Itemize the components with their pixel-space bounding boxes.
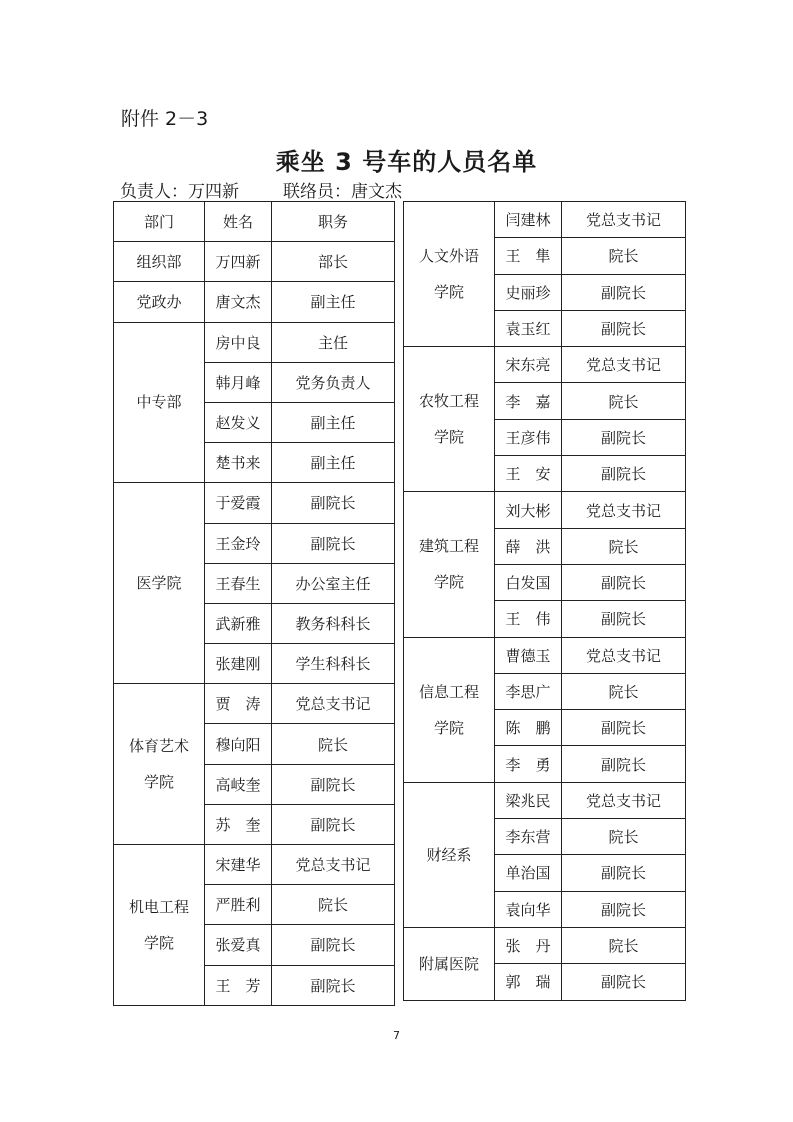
table-row: 医学院于爱霞副院长 bbox=[114, 483, 395, 523]
name-cell: 韩月峰 bbox=[205, 362, 272, 402]
name-cell: 王金玲 bbox=[205, 523, 272, 563]
position-cell: 学生科科长 bbox=[272, 644, 395, 684]
position-cell: 副院长 bbox=[562, 964, 686, 1000]
position-cell: 党总支书记 bbox=[562, 492, 686, 528]
name-cell: 武新雅 bbox=[205, 603, 272, 643]
name-cell: 房中良 bbox=[205, 322, 272, 362]
dept-cell: 组织部 bbox=[114, 242, 205, 282]
name-cell: 史丽珍 bbox=[495, 274, 562, 310]
position-cell: 副院长 bbox=[272, 764, 395, 804]
position-cell: 副院长 bbox=[272, 804, 395, 844]
dept-cell: 人文外语学院 bbox=[404, 202, 495, 347]
name-cell: 袁向华 bbox=[495, 891, 562, 927]
position-cell: 院长 bbox=[562, 927, 686, 963]
name-cell: 李思广 bbox=[495, 673, 562, 709]
name-cell: 陈 鹏 bbox=[495, 710, 562, 746]
dept-line: 信息工程 bbox=[404, 674, 494, 710]
dept-line: 机电工程 bbox=[114, 889, 204, 925]
name-cell: 曹德玉 bbox=[495, 637, 562, 673]
position-cell: 副院长 bbox=[272, 523, 395, 563]
position-cell: 院长 bbox=[562, 238, 686, 274]
name-cell: 宋东亮 bbox=[495, 347, 562, 383]
page-number: 7 bbox=[393, 1029, 400, 1042]
position-cell: 副院长 bbox=[562, 891, 686, 927]
position-cell: 院长 bbox=[562, 383, 686, 419]
position-cell: 副院长 bbox=[562, 855, 686, 891]
table-row: 农牧工程学院宋东亮党总支书记 bbox=[404, 347, 686, 383]
name-cell: 李东营 bbox=[495, 819, 562, 855]
position-cell: 党总支书记 bbox=[562, 202, 686, 238]
name-cell: 白发国 bbox=[495, 564, 562, 600]
name-cell: 楚书来 bbox=[205, 443, 272, 483]
name-cell: 王春生 bbox=[205, 563, 272, 603]
position-cell: 副院长 bbox=[272, 925, 395, 965]
position-cell: 副院长 bbox=[562, 456, 686, 492]
dept-cell: 信息工程学院 bbox=[404, 637, 495, 782]
header-dept: 部门 bbox=[114, 202, 205, 242]
attachment-label: 附件 2－3 bbox=[121, 104, 208, 131]
dept-line: 农牧工程 bbox=[404, 383, 494, 419]
position-cell: 副院长 bbox=[562, 310, 686, 346]
name-cell: 李 勇 bbox=[495, 746, 562, 782]
dept-cell: 建筑工程学院 bbox=[404, 492, 495, 637]
table-row: 党政办唐文杰副主任 bbox=[114, 282, 395, 322]
position-cell: 党总支书记 bbox=[562, 782, 686, 818]
position-cell: 院长 bbox=[562, 528, 686, 564]
position-cell: 副院长 bbox=[272, 965, 395, 1005]
dept-cell: 农牧工程学院 bbox=[404, 347, 495, 492]
position-cell: 院长 bbox=[272, 724, 395, 764]
dept-cell: 党政办 bbox=[114, 282, 205, 322]
name-cell: 王 伟 bbox=[495, 601, 562, 637]
name-cell: 单治国 bbox=[495, 855, 562, 891]
dept-line: 人文外语 bbox=[404, 238, 494, 274]
name-cell: 高岐奎 bbox=[205, 764, 272, 804]
name-cell: 薛 洪 bbox=[495, 528, 562, 564]
dept-line: 学院 bbox=[404, 419, 494, 455]
right-roster-table: 人文外语学院闫建林党总支书记王 隼院长史丽珍副院长袁玉红副院长农牧工程学院宋东亮… bbox=[403, 201, 686, 1001]
name-cell: 贾 涛 bbox=[205, 684, 272, 724]
table-row: 建筑工程学院刘大彬党总支书记 bbox=[404, 492, 686, 528]
header-position: 职务 bbox=[272, 202, 395, 242]
dept-cell: 附属医院 bbox=[404, 927, 495, 1000]
name-cell: 刘大彬 bbox=[495, 492, 562, 528]
leader-label: 负责人： bbox=[120, 182, 188, 202]
left-roster-table: 部门姓名职务组织部万四新部长党政办唐文杰副主任中专部房中良主任韩月峰党务负责人赵… bbox=[113, 201, 395, 1006]
position-cell: 党务负责人 bbox=[272, 362, 395, 402]
name-cell: 王 芳 bbox=[205, 965, 272, 1005]
dept-line: 体育艺术 bbox=[114, 728, 204, 764]
table-row: 组织部万四新部长 bbox=[114, 242, 395, 282]
dept-line: 学院 bbox=[404, 564, 494, 600]
position-cell: 副院长 bbox=[562, 419, 686, 455]
name-cell: 郭 瑞 bbox=[495, 964, 562, 1000]
dept-line: 学院 bbox=[114, 925, 204, 961]
table-row: 信息工程学院曹德玉党总支书记 bbox=[404, 637, 686, 673]
table-header-row: 部门姓名职务 bbox=[114, 202, 395, 242]
dept-cell: 体育艺术学院 bbox=[114, 684, 205, 845]
dept-line: 学院 bbox=[404, 274, 494, 310]
name-cell: 张爱真 bbox=[205, 925, 272, 965]
position-cell: 部长 bbox=[272, 242, 395, 282]
position-cell: 党总支书记 bbox=[272, 684, 395, 724]
dept-line: 学院 bbox=[404, 710, 494, 746]
position-cell: 党总支书记 bbox=[272, 845, 395, 885]
position-cell: 副院长 bbox=[562, 601, 686, 637]
table-row: 体育艺术学院贾 涛党总支书记 bbox=[114, 684, 395, 724]
position-cell: 副院长 bbox=[562, 564, 686, 600]
name-cell: 闫建林 bbox=[495, 202, 562, 238]
dept-line: 建筑工程 bbox=[404, 528, 494, 564]
name-cell: 唐文杰 bbox=[205, 282, 272, 322]
name-cell: 王 隼 bbox=[495, 238, 562, 274]
name-cell: 张建刚 bbox=[205, 644, 272, 684]
table-row: 人文外语学院闫建林党总支书记 bbox=[404, 202, 686, 238]
position-cell: 副院长 bbox=[272, 483, 395, 523]
position-cell: 办公室主任 bbox=[272, 563, 395, 603]
name-cell: 李 嘉 bbox=[495, 383, 562, 419]
position-cell: 院长 bbox=[562, 819, 686, 855]
name-cell: 于爱霞 bbox=[205, 483, 272, 523]
page-title: 乘坐 3 号车的人员名单 bbox=[0, 142, 793, 177]
name-cell: 王彦伟 bbox=[495, 419, 562, 455]
header-name: 姓名 bbox=[205, 202, 272, 242]
position-cell: 副主任 bbox=[272, 282, 395, 322]
table-row: 机电工程学院宋建华党总支书记 bbox=[114, 845, 395, 885]
name-cell: 苏 奎 bbox=[205, 804, 272, 844]
name-cell: 宋建华 bbox=[205, 845, 272, 885]
position-cell: 副主任 bbox=[272, 402, 395, 442]
dept-cell: 财经系 bbox=[404, 782, 495, 927]
table-row: 中专部房中良主任 bbox=[114, 322, 395, 362]
dept-cell: 中专部 bbox=[114, 322, 205, 483]
position-cell: 主任 bbox=[272, 322, 395, 362]
dept-line: 学院 bbox=[114, 764, 204, 800]
position-cell: 党总支书记 bbox=[562, 637, 686, 673]
name-cell: 梁兆民 bbox=[495, 782, 562, 818]
name-cell: 袁玉红 bbox=[495, 310, 562, 346]
table-row: 附属医院张 丹院长 bbox=[404, 927, 686, 963]
contacts-line: 负责人：万四新联络员：唐文杰 bbox=[120, 177, 402, 202]
table-row: 财经系梁兆民党总支书记 bbox=[404, 782, 686, 818]
name-cell: 穆向阳 bbox=[205, 724, 272, 764]
position-cell: 副院长 bbox=[562, 274, 686, 310]
dept-cell: 机电工程学院 bbox=[114, 845, 205, 1006]
position-cell: 院长 bbox=[562, 673, 686, 709]
position-cell: 副院长 bbox=[562, 746, 686, 782]
position-cell: 教务科科长 bbox=[272, 603, 395, 643]
name-cell: 万四新 bbox=[205, 242, 272, 282]
name-cell: 张 丹 bbox=[495, 927, 562, 963]
liaison-label: 联络员： bbox=[283, 182, 351, 202]
name-cell: 赵发义 bbox=[205, 402, 272, 442]
name-cell: 王 安 bbox=[495, 456, 562, 492]
leader-name: 万四新 bbox=[188, 182, 239, 202]
position-cell: 副主任 bbox=[272, 443, 395, 483]
name-cell: 严胜利 bbox=[205, 885, 272, 925]
liaison-name: 唐文杰 bbox=[351, 182, 402, 202]
position-cell: 院长 bbox=[272, 885, 395, 925]
dept-cell: 医学院 bbox=[114, 483, 205, 684]
position-cell: 党总支书记 bbox=[562, 347, 686, 383]
position-cell: 副院长 bbox=[562, 710, 686, 746]
